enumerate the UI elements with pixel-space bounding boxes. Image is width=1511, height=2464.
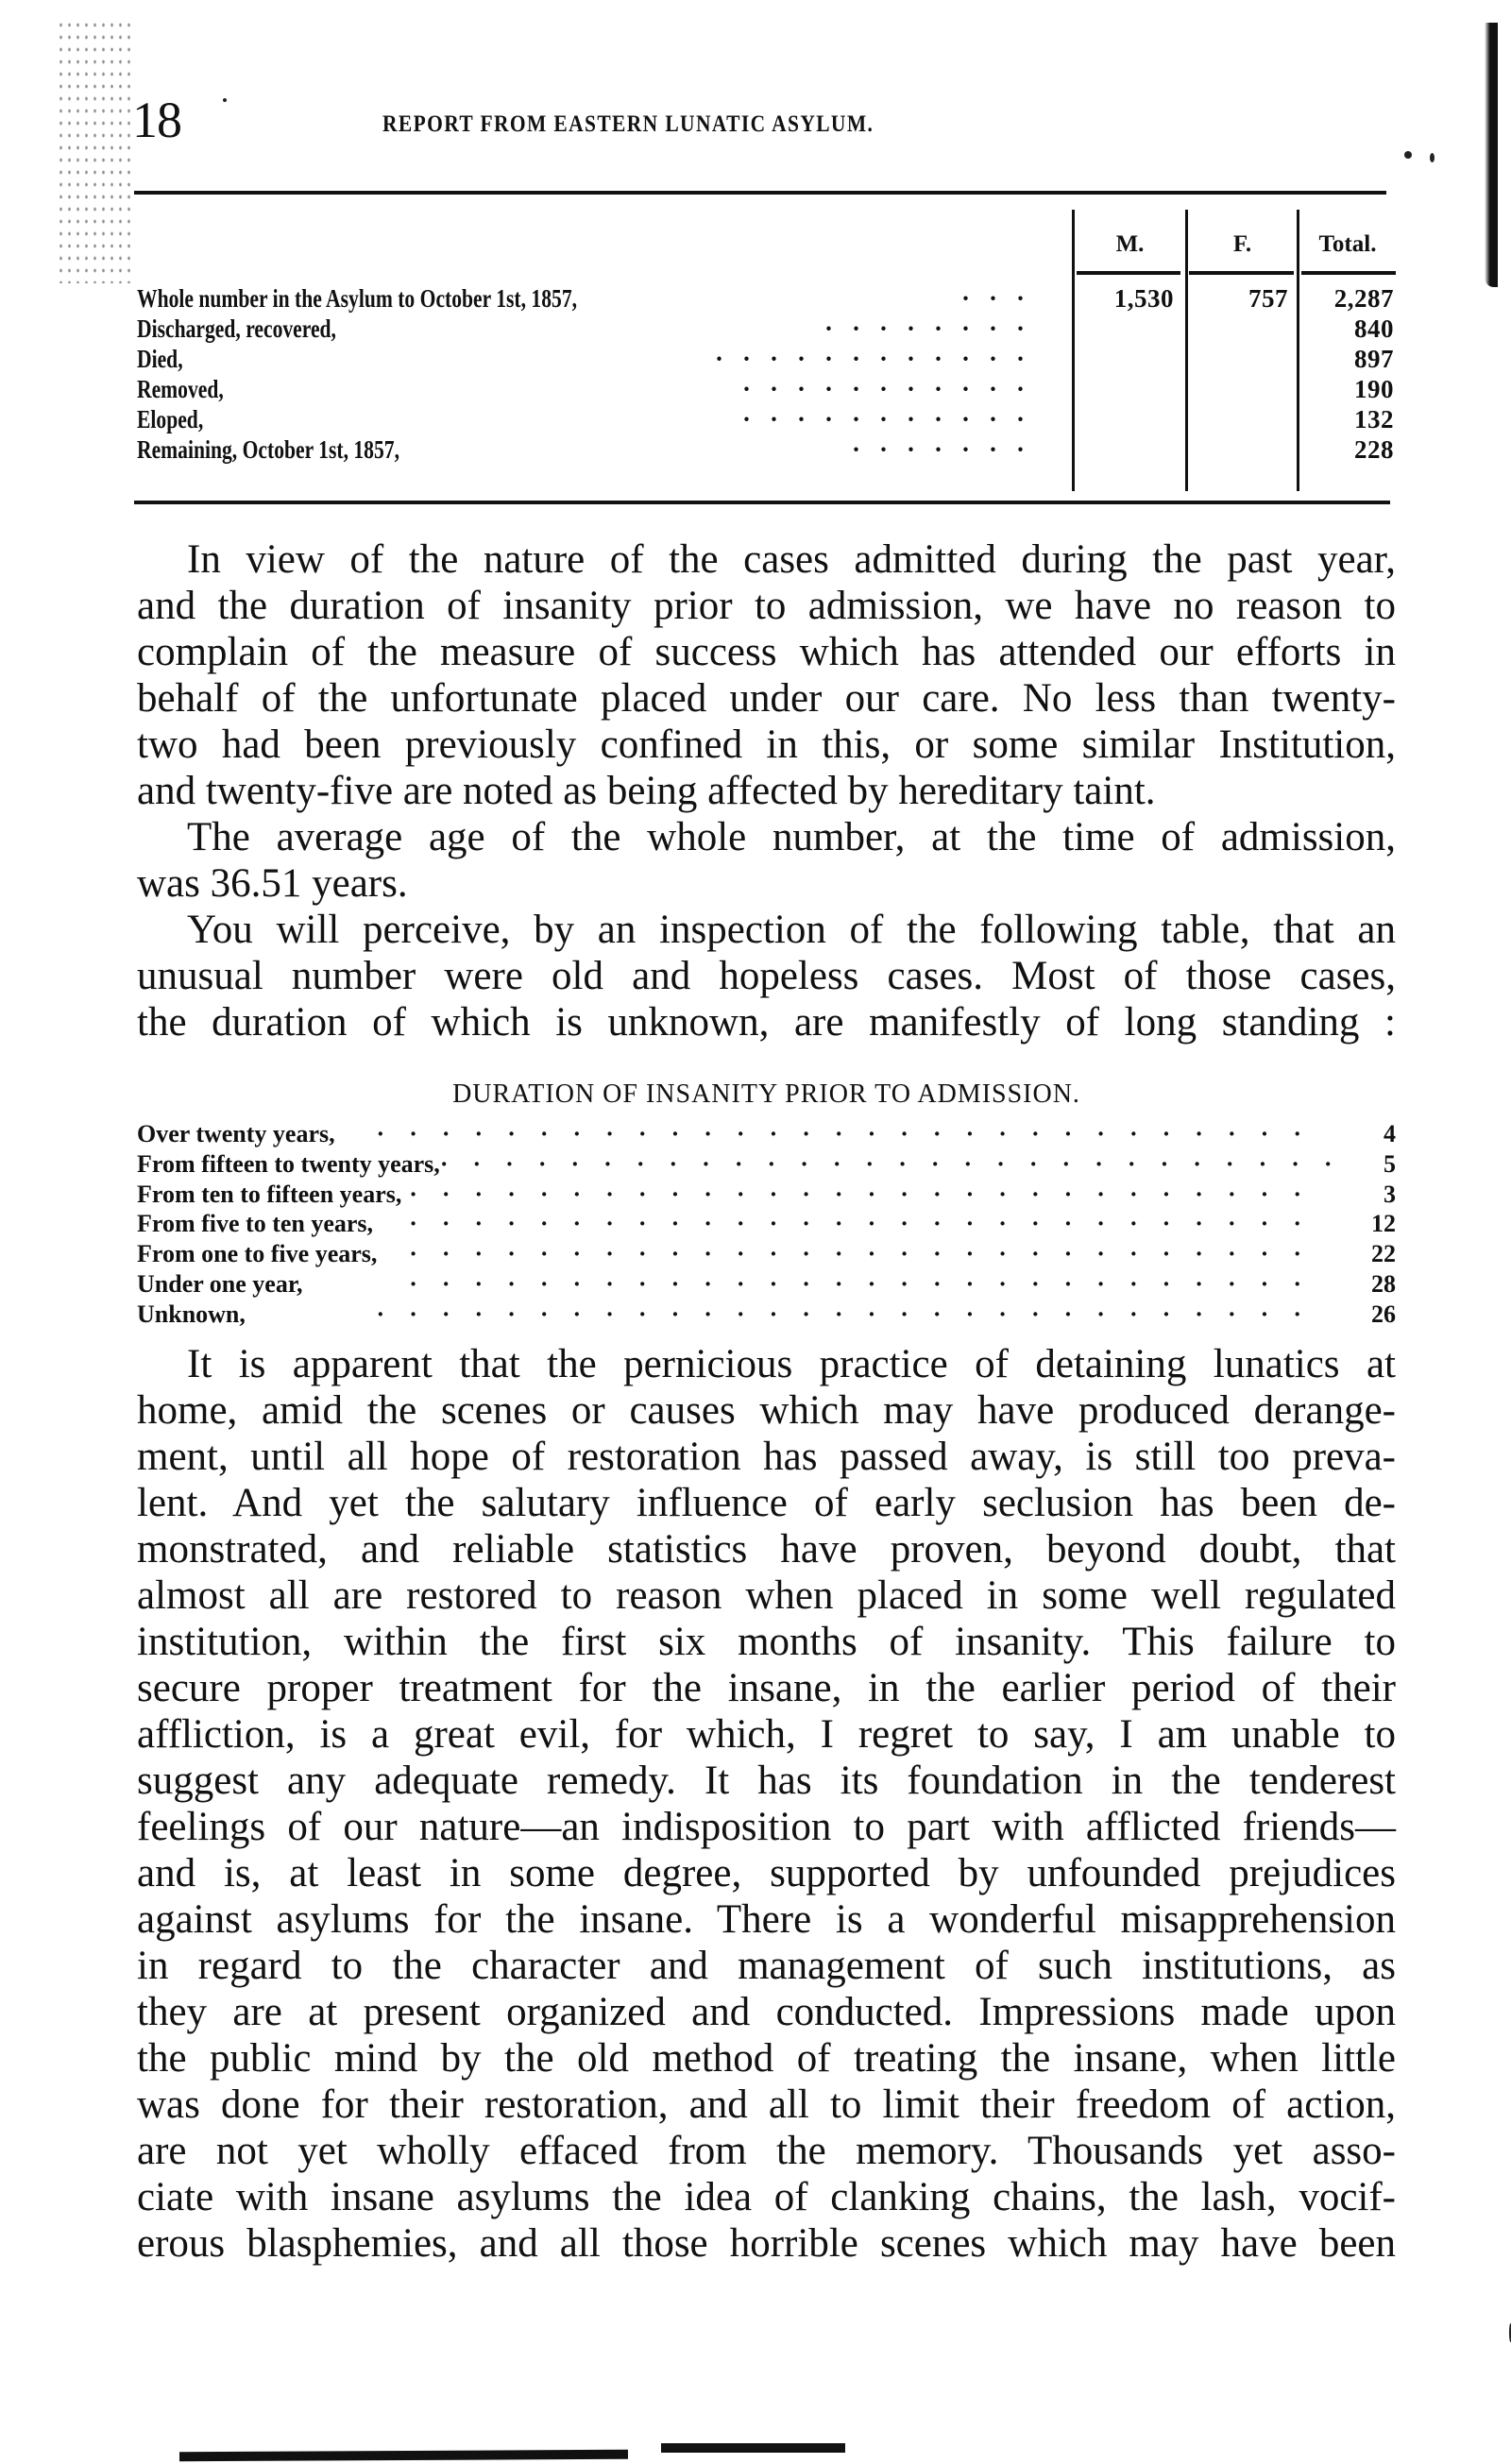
text-line: ment, until all hope of restoration has … — [137, 1434, 1396, 1480]
table-row: Under one year, · · · · · · · · · · · · … — [137, 1269, 1396, 1300]
duration-table: Over twenty years, · · · · · · · · · · ·… — [137, 1119, 1396, 1330]
text-line: and the duration of insanity prior to ad… — [137, 583, 1396, 629]
column-header-underline — [1077, 271, 1180, 275]
text-line: erous blasphemies, and all those horribl… — [137, 2220, 1396, 2267]
text-line: institution, within the first six months… — [137, 1619, 1396, 1665]
dot-leader: ········ — [815, 314, 1034, 344]
row-label: Died, — [137, 344, 183, 374]
row-label: Removed, — [137, 374, 224, 404]
dot-leader: ··········· — [733, 404, 1034, 434]
row-label: Under one year, — [137, 1269, 303, 1300]
text-line: complain of the measure of success which… — [137, 629, 1396, 675]
text-line: home, amid the scenes or causes which ma… — [137, 1387, 1396, 1434]
header-rule — [134, 191, 1386, 195]
text-line: was 36.51 years. — [137, 860, 1396, 907]
cell-total-died: 897 — [1299, 344, 1394, 374]
column-header-underline — [1301, 271, 1396, 275]
table-row: Died, ············ — [137, 344, 1034, 374]
row-label: From five to ten years, — [137, 1209, 373, 1239]
table-row: From fifteen to twenty years, · · · · · … — [137, 1149, 1396, 1180]
row-value: 26 — [1339, 1300, 1396, 1330]
dot-leader: · · · · · · · · · · · · · · · · · · · · … — [373, 1209, 1339, 1239]
text-line: the duration of which is unknown, are ma… — [137, 999, 1396, 1045]
table-row: From ten to fifteen years, · · · · · · ·… — [137, 1180, 1396, 1210]
cell-female-whole-number: 757 — [1188, 283, 1288, 314]
row-value: 5 — [1339, 1149, 1396, 1180]
table-row: Remaining, October 1st, 1857, ······· — [137, 434, 1034, 465]
scan-speck — [1430, 153, 1435, 162]
paragraph-case-review: In view of the nature of the cases admit… — [137, 536, 1396, 814]
dot-leader: · · · · · · · · · · · · · · · · · · · · … — [377, 1239, 1339, 1269]
dot-leader: · · · · · · · · · · · · · · · · · · · · … — [440, 1149, 1339, 1180]
summary-row-labels: Whole number in the Asylum to October 1s… — [137, 283, 1034, 465]
cell-total-discharged: 840 — [1299, 314, 1394, 344]
text-line: are not yet wholly effaced from the memo… — [137, 2128, 1396, 2174]
cell-male-whole-number: 1,530 — [1075, 283, 1174, 314]
dot-leader: · · · · · · · · · · · · · · · · · · · · … — [401, 1180, 1339, 1210]
table-row: Discharged, recovered, ········ — [137, 314, 1034, 344]
dot-leader: ··· — [952, 283, 1034, 314]
row-value: 4 — [1339, 1119, 1396, 1149]
row-label: From fifteen to twenty years, — [137, 1149, 440, 1180]
text-line: ciate with insane asylums the idea of cl… — [137, 2174, 1396, 2220]
text-line: and twenty-five are noted as being affec… — [137, 768, 1396, 814]
footer-scan-bar — [179, 2450, 628, 2461]
text-line: It is apparent that the pernicious pract… — [137, 1341, 1396, 1387]
row-label: Eloped, — [137, 404, 203, 434]
column-header-underline — [1189, 271, 1294, 275]
table-row: Removed, ··········· — [137, 374, 1034, 404]
table-row: From five to ten years, · · · · · · · · … — [137, 1209, 1396, 1239]
row-label: From one to five years, — [137, 1239, 377, 1269]
text-line: You will perceive, by an inspection of t… — [137, 907, 1396, 953]
text-line: almost all are restored to reason when p… — [137, 1572, 1396, 1619]
dot-leader: · · · · · · · · · · · · · · · · · · · · … — [303, 1269, 1340, 1300]
table-row: From one to five years, · · · · · · · · … — [137, 1239, 1396, 1269]
dot-leader: · · · · · · · · · · · · · · · · · · · · … — [335, 1119, 1339, 1149]
paragraph-table-intro: You will perceive, by an inspection of t… — [137, 907, 1396, 1045]
scan-noise-left-margin — [57, 19, 132, 283]
column-header-female: F. — [1188, 230, 1297, 259]
text-line: two had been previously confined in this… — [137, 722, 1396, 768]
scan-page-edge-shadow — [1485, 23, 1498, 287]
row-label: Over twenty years, — [137, 1119, 335, 1149]
text-line: feelings of our nature—an indisposition … — [137, 1804, 1396, 1850]
column-header-male: M. — [1075, 230, 1185, 259]
table-bottom-rule — [134, 501, 1390, 504]
cell-total-whole-number: 2,287 — [1299, 283, 1394, 314]
row-value: 3 — [1339, 1180, 1396, 1210]
row-label: From ten to fifteen years, — [137, 1180, 401, 1210]
paragraph-average-age: The average age of the whole number, at … — [137, 814, 1396, 907]
row-label: Unknown, — [137, 1300, 246, 1330]
text-line: unusual number were old and hopeless cas… — [137, 953, 1396, 999]
table-row: Over twenty years, · · · · · · · · · · ·… — [137, 1119, 1396, 1149]
page-number: 18 — [132, 94, 181, 145]
duration-table-title: DURATION OF INSANITY PRIOR TO ADMISSION. — [137, 1079, 1396, 1111]
cell-total-remaining: 228 — [1299, 434, 1394, 465]
text-line: affliction, is a great evil, for which, … — [137, 1711, 1396, 1758]
table-row: Eloped, ··········· — [137, 404, 1034, 434]
dot-leader: ··········· — [733, 374, 1034, 404]
dot-leader: ······· — [842, 434, 1034, 465]
text-line: the public mind by the old method of tre… — [137, 2035, 1396, 2082]
row-value: 28 — [1339, 1269, 1396, 1300]
footer-scan-bar — [661, 2443, 845, 2453]
row-value: 12 — [1339, 1209, 1396, 1239]
text-line: they are at present organized and conduc… — [137, 1989, 1396, 2035]
row-label: Remaining, October 1st, 1857, — [137, 434, 399, 465]
text-line: The average age of the whole number, at … — [137, 814, 1396, 860]
table-row: Whole number in the Asylum to October 1s… — [137, 283, 1034, 314]
text-line: In view of the nature of the cases admit… — [137, 536, 1396, 583]
text-line: behalf of the unfortunate placed under o… — [137, 675, 1396, 722]
table-row: Unknown, · · · · · · · · · · · · · · · ·… — [137, 1300, 1396, 1330]
text-line: against asylums for the insane. There is… — [137, 1896, 1396, 1943]
running-head-title: REPORT FROM EASTERN LUNATIC ASYLUM. — [382, 111, 1195, 138]
cell-total-removed: 190 — [1299, 374, 1394, 404]
scanned-page: 18 REPORT FROM EASTERN LUNATIC ASYLUM. M… — [0, 0, 1511, 2464]
cell-total-eloped: 132 — [1299, 404, 1394, 434]
text-line: monstrated, and reliable statistics have… — [137, 1526, 1396, 1572]
row-label: Discharged, recovered, — [137, 314, 336, 344]
text-line: secure proper treatment for the insane, … — [137, 1665, 1396, 1711]
dot-leader: ············ — [705, 344, 1034, 374]
column-header-total: Total. — [1299, 230, 1396, 259]
text-line: was done for their restoration, and all … — [137, 2082, 1396, 2128]
text-line: in regard to the character and managemen… — [137, 1943, 1396, 1989]
text-line: lent. And yet the salutary influence of … — [137, 1480, 1396, 1526]
scan-speck — [1404, 151, 1412, 159]
paragraph-early-seclusion: It is apparent that the pernicious pract… — [137, 1341, 1396, 2267]
row-label: Whole number in the Asylum to October 1s… — [137, 283, 577, 314]
dot-leader: · · · · · · · · · · · · · · · · · · · · … — [246, 1300, 1339, 1330]
text-line: and is, at least in some degree, support… — [137, 1850, 1396, 1896]
text-line: suggest any adequate remedy. It has its … — [137, 1758, 1396, 1804]
row-value: 22 — [1339, 1239, 1396, 1269]
scan-speck — [223, 98, 227, 102]
